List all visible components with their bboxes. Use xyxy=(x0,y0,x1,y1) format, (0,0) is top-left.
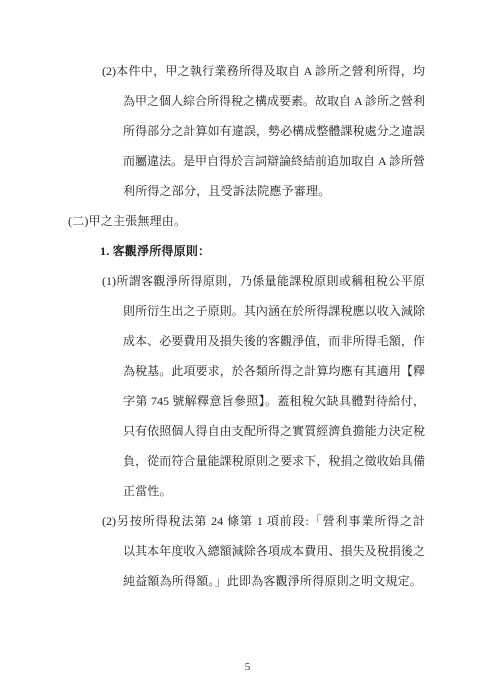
text-line: 則所衍生出之子原則。其內涵在於所得課稅應以收入減除 xyxy=(123,296,425,326)
paragraph-appeal-addition: (2)本件中，甲之執行業務所得及取自 A 診所之營利所得，均 為甲之個人綜合所得… xyxy=(0,56,495,206)
text-line: 純益額為所得額。」此即為客觀淨所得原則之明文規定。 xyxy=(123,566,495,596)
text-line: 只有依照個人得自由支配所得之實質經濟負擔能力決定稅 xyxy=(123,416,425,446)
text-line: 以其本年度收入總額減除各項成本費用、損失及稅捐後之 xyxy=(123,536,425,566)
text-line: 所得部分之計算如有違誤，勢必構成整體課稅處分之違誤 xyxy=(123,116,425,146)
text-line: 正當性。 xyxy=(123,476,495,506)
text-line: 利所得之部分，且受訴法院應予審理。 xyxy=(123,176,495,206)
text-line: 為稅基。此項要求，於各類所得之計算均應有其適用【釋 xyxy=(123,356,425,386)
page-footer: 5 xyxy=(0,661,495,673)
heading-objective-net-income-principle: 1. 客觀淨所得原則： xyxy=(100,236,495,266)
text-line: (2)本件中，甲之執行業務所得及取自 A 診所之營利所得，均 xyxy=(102,56,425,86)
paragraph-principle-definition: (1)所謂客觀淨所得原則，乃係量能課稅原則或稱租稅公平原 則所衍生出之子原則。其… xyxy=(0,266,495,506)
paragraph-income-tax-act-24: (2)另按所得稅法第 24 條第 1 項前段:「營利事業所得之計算， 以其本年度… xyxy=(0,506,495,596)
text-line: (2)另按所得稅法第 24 條第 1 項前段:「營利事業所得之計算， xyxy=(102,506,425,536)
page-number: 5 xyxy=(245,661,251,673)
text-line: (1)所謂客觀淨所得原則，乃係量能課稅原則或稱租稅公平原 xyxy=(102,266,425,296)
text-line: 為甲之個人綜合所得稅之構成要素。故取自 A 診所之營利 xyxy=(123,86,425,116)
text-line: 負，從而符合量能課稅原則之要求下，稅捐之徵收始具備 xyxy=(123,446,425,476)
text-line: 而屬違法。是甲自得於言詞辯論終結前追加取自 A 診所營 xyxy=(123,146,425,176)
document-body: (2)本件中，甲之執行業務所得及取自 A 診所之營利所得，均 為甲之個人綜合所得… xyxy=(0,56,495,596)
text-line: 成本、必要費用及損失後的客觀淨值，而非所得毛額，作 xyxy=(123,326,425,356)
heading-section-2-no-merit: (二)甲之主張無理由。 xyxy=(68,206,495,236)
document-page: (2)本件中，甲之執行業務所得及取自 A 診所之營利所得，均 為甲之個人綜合所得… xyxy=(0,0,495,700)
text-line: 字第 745 號解釋意旨參照】。蓋租稅欠缺具體對待給付，故 xyxy=(123,386,425,416)
